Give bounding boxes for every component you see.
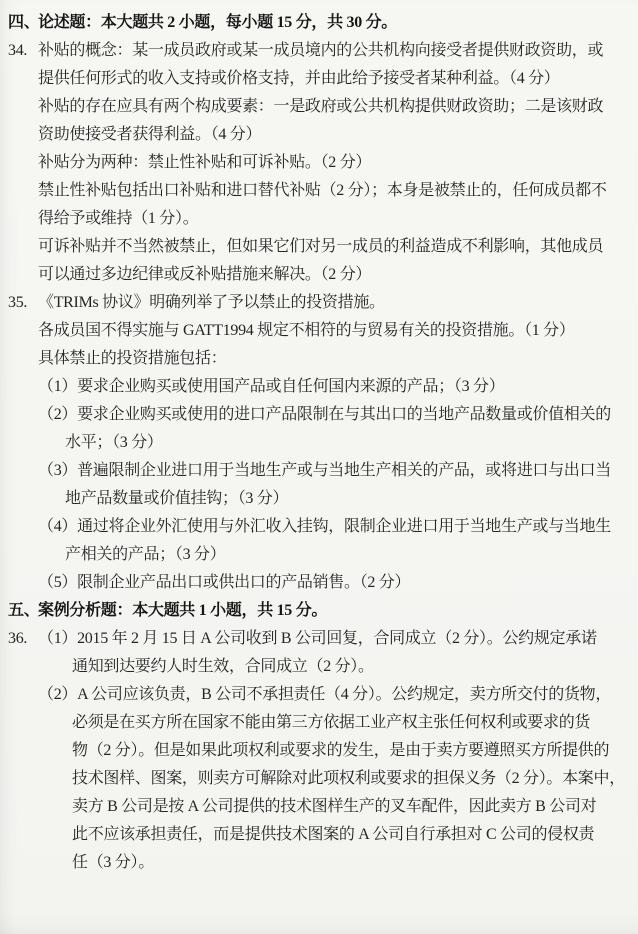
line-text: （2）要求企业购买或使用的进口产品限制在与其出口的当地产品数量或价值相关的 [38, 401, 611, 429]
answer-line: 36.（1）2015 年 2 月 15 日 A 公司收到 B 公司回复，合同成立… [8, 625, 632, 653]
line-text: 补贴分为两种：禁止性补贴和可诉补贴。（2 分） [38, 149, 371, 177]
answer-line: 地产品数量或价值挂钩；（3 分） [8, 485, 632, 513]
line-text: 各成员国不得实施与 GATT1994 规定不相符的与贸易有关的投资措施。（1 分… [38, 317, 575, 345]
answer-line: 资助使接受者获得利益。（4 分） [8, 121, 632, 149]
answer-line: 34.补贴的概念：某一成员政府或某一成员境内的公共机构向接受者提供财政资助，或 [8, 37, 632, 65]
line-text: （5）限制企业产品出口或供出口的产品销售。（2 分） [38, 569, 410, 597]
section-heading-line: 五、案例分析题：本大题共 1 小题，共 15 分。 [8, 597, 632, 625]
answer-line: 通知到达要约人时生效，合同成立（2 分）。 [8, 653, 632, 681]
answer-line: 物（2 分）。但是如果此项权利或要求的发生，是由于卖方要遵照买方所提供的 [8, 737, 632, 765]
answer-line: （2）A 公司应该负责，B 公司不承担责任（4 分）。公约规定，卖方所交付的货物… [8, 681, 632, 709]
line-marker: 四、 [8, 9, 38, 37]
line-text: （1）2015 年 2 月 15 日 A 公司收到 B 公司回复，合同成立（2 … [38, 625, 597, 653]
line-text: 得给予或维持（1 分）。 [38, 205, 198, 233]
answer-line: （2）要求企业购买或使用的进口产品限制在与其出口的当地产品数量或价值相关的 [8, 401, 632, 429]
line-text: 产相关的产品；（3 分） [65, 541, 225, 569]
line-text: 提供任何形式的收入支持或价格支持，并由此给予接受者某种利益。（4 分） [38, 65, 560, 93]
answer-line: 各成员国不得实施与 GATT1994 规定不相符的与贸易有关的投资措施。（1 分… [8, 317, 632, 345]
line-text: 任（3 分）。 [72, 849, 154, 877]
answer-line: （3）普遍限制企业进口用于当地生产或与当地生产相关的产品，或将进口与出口当 [8, 457, 632, 485]
line-marker: 五、 [8, 597, 38, 625]
answer-line: 卖方 B 公司是按 A 公司提供的技术图样生产的叉车配件，因此卖方 B 公司对 [8, 793, 632, 821]
answer-line: 得给予或维持（1 分）。 [8, 205, 632, 233]
answer-line: （5）限制企业产品出口或供出口的产品销售。（2 分） [8, 569, 632, 597]
line-text: 具体禁止的投资措施包括： [38, 345, 226, 373]
answer-line: 禁止性补贴包括出口补贴和进口替代补贴（2 分）；本身是被禁止的，任何成员都不 [8, 177, 632, 205]
line-text: 可以通过多边纪律或反补贴措施来解决。（2 分） [38, 261, 371, 289]
line-text: 必须是在买方所在国家不能由第三方依据工业产权主张任何权利或要求的货 [72, 709, 590, 737]
line-text: 可诉补贴并不当然被禁止，但如果它们对另一成员的利益造成不利影响，其他成员 [38, 233, 603, 261]
line-text: 补贴的概念：某一成员政府或某一成员境内的公共机构向接受者提供财政资助，或 [38, 37, 603, 65]
answer-line: 水平；（3 分） [8, 429, 632, 457]
answer-line: 任（3 分）。 [8, 849, 632, 877]
line-text: （4）通过将企业外汇使用与外汇收入挂钩，限制企业进口用于当地生产或与当地生 [38, 513, 611, 541]
line-marker: 35. [8, 289, 38, 317]
line-marker: 34. [8, 37, 38, 65]
line-marker: 36. [8, 625, 38, 653]
document-page: 四、论述题：本大题共 2 小题，每小题 15 分，共 30 分。34.补贴的概念… [0, 0, 638, 934]
line-text: 通知到达要约人时生效，合同成立（2 分）。 [72, 653, 374, 681]
line-text: （2）A 公司应该负责，B 公司不承担责任（4 分）。公约规定，卖方所交付的货物… [38, 681, 611, 709]
answer-line: （1）要求企业购买或使用国产品或自任何国内来源的产品；（3 分） [8, 373, 632, 401]
answer-line: 必须是在买方所在国家不能由第三方依据工业产权主张任何权利或要求的货 [8, 709, 632, 737]
answer-line: 补贴分为两种：禁止性补贴和可诉补贴。（2 分） [8, 149, 632, 177]
line-text: 禁止性补贴包括出口补贴和进口替代补贴（2 分）；本身是被禁止的，任何成员都不 [38, 177, 607, 205]
line-text: 技术图样、图案，则卖方可解除对此项权利或要求的担保义务（2 分）。本案中， [72, 765, 625, 793]
answer-line: 此不应该承担责任，而是提供技术图案的 A 公司自行承担对 C 公司的侵权责 [8, 821, 632, 849]
answer-line: 提供任何形式的收入支持或价格支持，并由此给予接受者某种利益。（4 分） [8, 65, 632, 93]
answer-line: 技术图样、图案，则卖方可解除对此项权利或要求的担保义务（2 分）。本案中， [8, 765, 632, 793]
line-text: 案例分析题：本大题共 1 小题，共 15 分。 [38, 597, 327, 625]
line-text: （1）要求企业购买或使用国产品或自任何国内来源的产品；（3 分） [38, 373, 504, 401]
answer-line: 产相关的产品；（3 分） [8, 541, 632, 569]
answer-line: 具体禁止的投资措施包括： [8, 345, 632, 373]
answer-line: 35.《TRIMs 协议》明确列举了予以禁止的投资措施。 [8, 289, 632, 317]
line-text: （3）普遍限制企业进口用于当地生产或与当地生产相关的产品，或将进口与出口当 [38, 457, 611, 485]
line-text: 卖方 B 公司是按 A 公司提供的技术图样生产的叉车配件，因此卖方 B 公司对 [72, 793, 596, 821]
line-text: 此不应该承担责任，而是提供技术图案的 A 公司自行承担对 C 公司的侵权责 [72, 821, 594, 849]
line-text: 地产品数量或价值挂钩；（3 分） [65, 485, 288, 513]
section-heading-line: 四、论述题：本大题共 2 小题，每小题 15 分，共 30 分。 [8, 9, 632, 37]
line-text: 资助使接受者获得利益。（4 分） [38, 121, 261, 149]
line-text: 水平；（3 分） [65, 429, 163, 457]
line-text: 论述题：本大题共 2 小题，每小题 15 分，共 30 分。 [38, 9, 397, 37]
answer-line: 可诉补贴并不当然被禁止，但如果它们对另一成员的利益造成不利影响，其他成员 [8, 233, 632, 261]
answer-line: 可以通过多边纪律或反补贴措施来解决。（2 分） [8, 261, 632, 289]
answer-line: （4）通过将企业外汇使用与外汇收入挂钩，限制企业进口用于当地生产或与当地生 [8, 513, 632, 541]
line-text: 补贴的存在应具有两个构成要素：一是政府或公共机构提供财政资助；二是该财政 [38, 93, 603, 121]
line-text: 物（2 分）。但是如果此项权利或要求的发生，是由于卖方要遵照买方所提供的 [72, 737, 609, 765]
answer-line: 补贴的存在应具有两个构成要素：一是政府或公共机构提供财政资助；二是该财政 [8, 93, 632, 121]
line-text: 《TRIMs 协议》明确列举了予以禁止的投资措施。 [38, 289, 385, 317]
